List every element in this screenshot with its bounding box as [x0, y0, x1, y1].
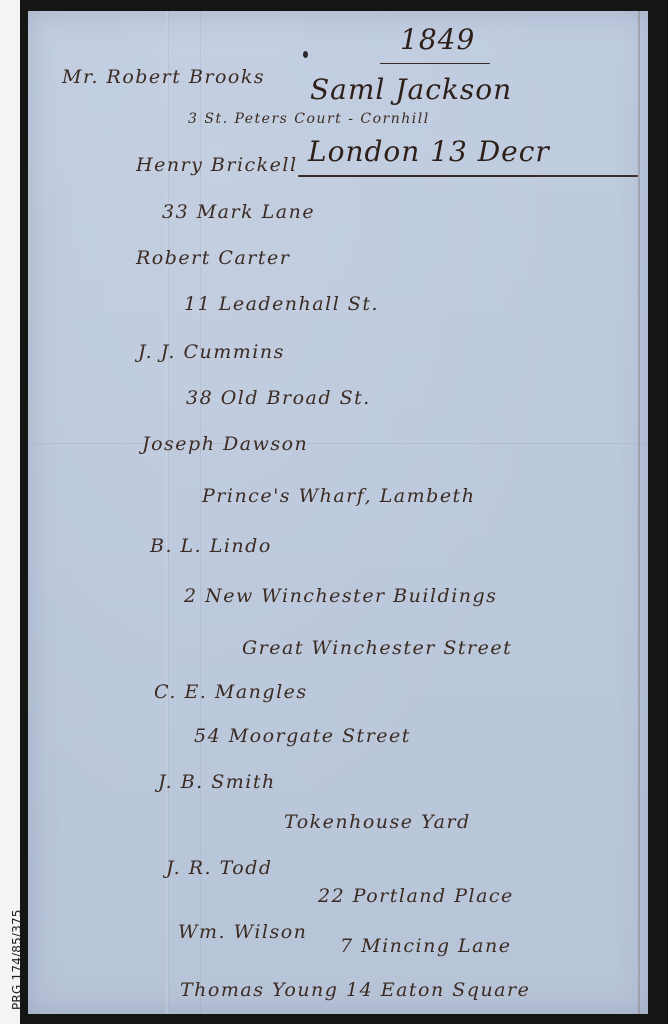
entry-name: Robert Carter [136, 247, 290, 269]
year-underline [380, 63, 490, 64]
entry-address: 38 Old Broad St. [186, 387, 371, 409]
entry-address: 22 Portland Place [318, 885, 514, 907]
entry-address: 14 Eaton Square [346, 979, 530, 1001]
entry-address: Tokenhouse Yard [284, 811, 471, 833]
entry-address: Prince's Wharf, Lambeth [202, 485, 475, 507]
entry-name: J. R. Todd [166, 857, 273, 879]
entry-name: J. B. Smith [158, 771, 276, 793]
letter-place-date: London 13 Decr [308, 135, 550, 168]
entry-address: 7 Mincing Lane [340, 935, 511, 957]
letter-year: 1849 [400, 23, 475, 56]
entry-name: Thomas Young [180, 979, 338, 1001]
entry-name: B. L. Lindo [150, 535, 272, 557]
entry-name: C. E. Mangles [154, 681, 308, 703]
entry-name: Wm. Wilson [178, 921, 307, 943]
entry-name: Mr. Robert Brooks [62, 66, 265, 88]
entry-address: 11 Leadenhall St. [184, 293, 379, 315]
sheet-edge [638, 11, 640, 1014]
letter-sheet: 1849 Mr. Robert Brooks Saml Jackson 3 St… [28, 11, 648, 1014]
recipient-address: 3 St. Peters Court - Cornhill [188, 111, 430, 127]
ink-blot [303, 51, 308, 58]
entry-address: 54 Moorgate Street [194, 725, 411, 747]
entry-name: J. J. Cummins [138, 341, 285, 363]
entry-address: 33 Mark Lane [162, 201, 315, 223]
letter-recipient: Saml Jackson [310, 73, 512, 106]
header-underline [298, 175, 638, 177]
archive-margin: PRG 174/85/375 [0, 0, 20, 1024]
fold-crease-horizontal [28, 443, 648, 444]
entry-name: Joseph Dawson [142, 433, 308, 455]
entry-address: 2 New Winchester Buildings [184, 585, 497, 607]
entry-address: Great Winchester Street [242, 637, 512, 659]
entry-name: Henry Brickell [136, 154, 298, 176]
